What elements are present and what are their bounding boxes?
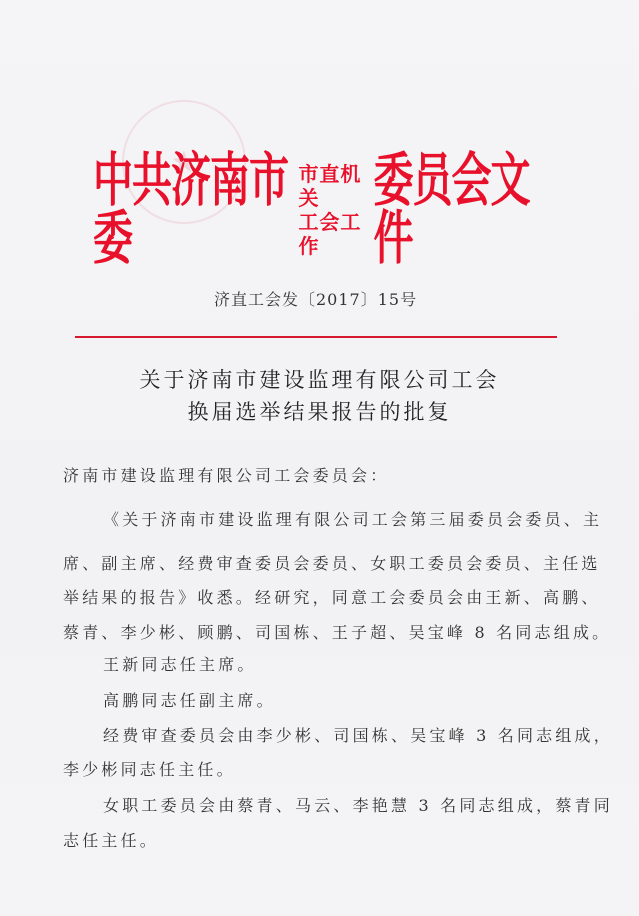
masthead: 中共济南市委 市直机关 工会工作 委员会文件 [93, 170, 543, 250]
masthead-stack-bottom: 工会工作 [298, 210, 371, 258]
body-line: 女职工委员会由蔡青、马云、李艳慧 3 名同志组成，蔡青同 [103, 793, 613, 816]
document-page: ★ 中共济南市委 市直机关 工会工作 委员会文件 济直工会发〔2017〕15号 … [0, 0, 639, 916]
body-line: 高鹏同志任副主席。 [103, 688, 276, 711]
body-line: 经费审查委员会由李少彬、司国栋、吴宝峰 3 名同志组成， [103, 723, 613, 746]
document-number: 济直工会发〔2017〕15号 [214, 287, 417, 310]
masthead-stack: 市直机关 工会工作 [298, 162, 371, 258]
masthead-stack-top: 市直机关 [298, 162, 371, 210]
body-line: 志任主任。 [63, 828, 159, 851]
body-line: 王新同志任主席。 [103, 652, 257, 675]
body-line: 蔡青、李少彬、顾鹏、司国栋、王子超、吴宝峰 8 名同志组成。 [63, 620, 611, 643]
title-line-1: 关于济南市建设监理有限公司工会 [0, 364, 639, 394]
body-line: 席、副主席、经费审查委员会委员、女职工委员会委员、主任选 [63, 551, 601, 574]
title-line-2: 换届选举结果报告的批复 [0, 396, 639, 426]
red-divider [75, 336, 557, 338]
body-line: 举结果的报告》收悉。经研究，同意工会委员会由王新、高鹏、 [63, 585, 601, 608]
salutation: 济南市建设监理有限公司工会委员会： [63, 463, 389, 486]
masthead-suffix: 委员会文件 [373, 152, 543, 268]
masthead-prefix: 中共济南市委 [93, 152, 296, 268]
body-line: 《关于济南市建设监理有限公司工会第三届委员会委员、主 [103, 507, 602, 530]
body-line: 李少彬同志任主任。 [63, 757, 236, 780]
